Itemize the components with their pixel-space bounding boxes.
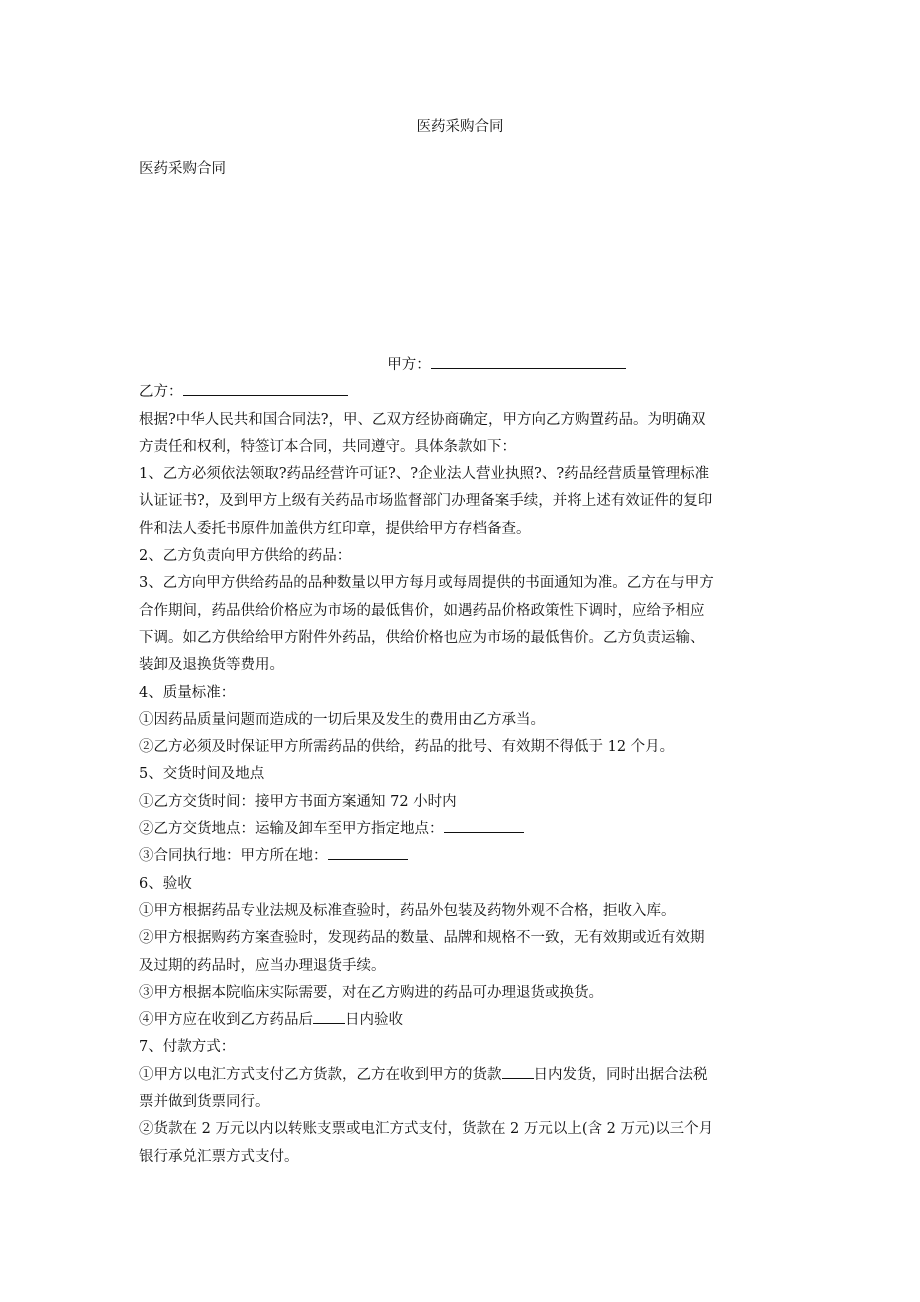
document-title: 医药采购合同: [0, 117, 920, 137]
acceptance-suffix: 日内验收: [345, 1012, 403, 1028]
acceptance-days-blank[interactable]: [313, 1009, 345, 1024]
clause-3-line: 下调。如乙方供给给甲方附件外药品，供给价格也应为市场的最低售价。乙方负责运输、: [139, 625, 784, 652]
clause-6-item-2: 及过期的药品时，应当办理退货手续。: [139, 953, 784, 980]
shipping-days-blank[interactable]: [502, 1064, 534, 1079]
clause-4-heading: 4、质量标准：: [139, 680, 784, 707]
clause-5-item-1: ①乙方交货时间：接甲方书面方案通知 72 小时内: [139, 789, 784, 816]
clause-2: 2、乙方负责向甲方供给的药品：: [139, 543, 784, 570]
party-a-blank[interactable]: [431, 354, 626, 369]
intro-line: 根据?中华人民共和国合同法?，甲、乙双方经协商确定，甲方向乙方购置药品。为明确双: [139, 407, 784, 434]
party-b-label: 乙方：: [139, 384, 183, 400]
document-page: 医药采购合同 医药采购合同 甲方： 乙方： 根据?中华人民共和国合同法?，甲、乙…: [0, 0, 920, 1302]
clause-7-item-2: 银行承兑汇票方式支付。: [139, 1144, 784, 1171]
clause-1-line: 认证证书?，及到甲方上级有关药品市场监督部门办理备案手续，并将上述有效证件的复印: [139, 488, 784, 515]
party-a-label: 甲方：: [387, 357, 431, 373]
clause-5-item-3: ③合同执行地：甲方所在地：: [139, 843, 784, 870]
clause-1-line: 件和法人委托书原件加盖供方红印章，提供给甲方存档备查。: [139, 516, 784, 543]
clause-5-heading: 5、交货时间及地点: [139, 761, 784, 788]
payment-suffix: 日内发货，同时出据合法税: [534, 1067, 708, 1083]
document-subtitle: 医药采购合同: [139, 159, 226, 179]
delivery-location-label: ②乙方交货地点：运输及卸车至甲方指定地点：: [139, 821, 444, 837]
clause-5-item-2: ②乙方交货地点：运输及卸车至甲方指定地点：: [139, 816, 784, 843]
clause-3-line: 合作期间，药品供给价格应为市场的最低售价，如遇药品价格政策性下调时，应给予相应: [139, 598, 784, 625]
execution-place-label: ③合同执行地：甲方所在地：: [139, 848, 328, 864]
clause-7-item-1-cont: 票并做到货票同行。: [139, 1089, 784, 1116]
clause-7-item-1: ①甲方以电汇方式支付乙方货款，乙方在收到甲方的货款日内发货，同时出据合法税: [139, 1062, 784, 1089]
clause-3-line: 装卸及退换货等费用。: [139, 652, 784, 679]
clause-4-item: ①因药品质量问题而造成的一切后果及发生的费用由乙方承当。: [139, 707, 784, 734]
clause-6-item-4: ④甲方应在收到乙方药品后日内验收: [139, 1007, 784, 1034]
clause-6-item-1: ①甲方根据药品专业法规及标准查验时，药品外包装及药物外观不合格，拒收入库。: [139, 898, 784, 925]
clause-4-item: ②乙方必须及时保证甲方所需药品的供给，药品的批号、有效期不得低于 12 个月。: [139, 734, 784, 761]
clause-6-item-3: ③甲方根据本院临床实际需要，对在乙方购进的药品可办理退货或换货。: [139, 980, 784, 1007]
contract-body: 甲方： 乙方： 根据?中华人民共和国合同法?，甲、乙双方经协商确定，甲方向乙方购…: [139, 352, 784, 1171]
intro-line: 方责任和权利，特签订本合同，共同遵守。具体条款如下：: [139, 434, 784, 461]
clause-6-heading: 6、验收: [139, 871, 784, 898]
clause-6-item-2: ②甲方根据购药方案查验时，发现药品的数量、品牌和规格不一致，无有效期或近有效期: [139, 925, 784, 952]
payment-label: ①甲方以电汇方式支付乙方货款，乙方在收到甲方的货款: [139, 1067, 502, 1083]
acceptance-label: ④甲方应在收到乙方药品后: [139, 1012, 313, 1028]
clause-1-line: 1、乙方必须依法领取?药品经营许可证?、?企业法人营业执照?、?药品经营质量管理…: [139, 461, 784, 488]
execution-place-blank[interactable]: [328, 845, 408, 860]
party-b-line: 乙方：: [139, 379, 784, 406]
party-b-blank[interactable]: [183, 381, 348, 396]
clause-7-heading: 7、付款方式：: [139, 1034, 784, 1061]
delivery-location-blank[interactable]: [444, 818, 524, 833]
clause-3-line: 3、乙方向甲方供给药品的品种数量以甲方每月或每周提供的书面通知为准。乙方在与甲方: [139, 570, 784, 597]
party-a-line: 甲方：: [139, 352, 784, 379]
clause-7-item-2: ②货款在 2 万元以内以转账支票或电汇方式支付，货款在 2 万元以上(含 2 万…: [139, 1116, 784, 1143]
